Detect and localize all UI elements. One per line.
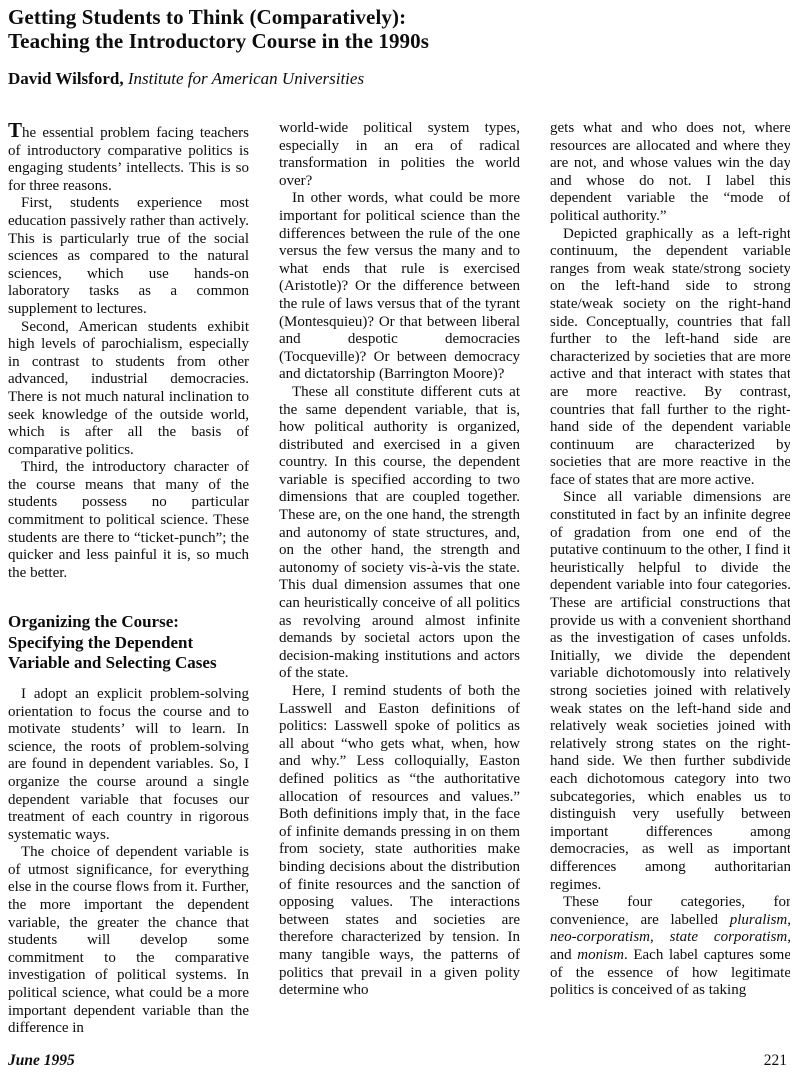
text-run: gets what and who does not, where resour… (550, 120, 790, 224)
author-name: David Wilsford, (8, 69, 124, 88)
article-title: Getting Students to Think (Comparatively… (8, 6, 790, 53)
paragraph: gets what and who does not, where resour… (550, 120, 790, 226)
text-run: , (650, 929, 670, 945)
italic-term: state corporatism (670, 929, 788, 945)
text-run: he essential problem facing teachers of … (8, 125, 249, 194)
paragraph: I adopt an explicit problem-solving orie… (8, 686, 249, 844)
issue-date: June 1995 (8, 1052, 75, 1070)
text-run: Depicted graphically as a left-right con… (550, 226, 790, 488)
italic-term: neo-corporatism (550, 929, 650, 945)
italic-term: monism (577, 947, 624, 963)
text-run: Third, the introductory character of the… (8, 459, 249, 581)
page-number: 221 (764, 1052, 787, 1070)
paragraph: The essential problem facing teachers of… (8, 120, 249, 195)
text-run: The choice of dependent variable is of u… (8, 844, 249, 1036)
article-body: The essential problem facing teachers of… (8, 120, 790, 1038)
text-run: Here, I remind students of both the Lass… (279, 683, 520, 998)
page-footer: June 1995 221 (8, 1052, 787, 1070)
column-2: world-wide political system types, espec… (279, 120, 520, 1038)
text-run: I adopt an explicit problem-solving orie… (8, 686, 249, 843)
paragraph: world-wide political system types, espec… (279, 120, 520, 190)
paragraph: Since all variable dimensions are consti… (550, 489, 790, 894)
paragraph: Third, the introductory character of the… (8, 459, 249, 582)
text-run: world-wide political system types, espec… (279, 120, 520, 189)
text-run: Second, American students exhibit high l… (8, 319, 249, 458)
text-run: In other words, what could be more impor… (279, 190, 520, 382)
paragraph: Second, American students exhibit high l… (8, 319, 249, 460)
italic-term: pluralism (730, 912, 788, 928)
text-run: First, students experience most educatio… (8, 195, 249, 317)
text-run: , (787, 912, 790, 928)
paragraph: The choice of dependent variable is of u… (8, 844, 249, 1038)
paragraph: These four categories, for convenience, … (550, 894, 790, 1000)
paragraph: In other words, what could be more impor… (279, 190, 520, 384)
drop-cap: T (8, 120, 22, 142)
paragraph: First, students experience most educatio… (8, 195, 249, 318)
section-heading: Organizing the Course: Specifying the De… (8, 612, 249, 674)
text-run: These all constitute different cuts at t… (279, 384, 520, 682)
author-affiliation: Institute for American Universities (128, 69, 364, 88)
journal-page: Getting Students to Think (Comparatively… (0, 0, 800, 1084)
paragraph: Here, I remind students of both the Lass… (279, 683, 520, 1000)
paragraph: These all constitute different cuts at t… (279, 384, 520, 683)
column-1: The essential problem facing teachers of… (8, 120, 249, 1038)
paragraph: Depicted graphically as a left-right con… (550, 226, 790, 490)
text-run: Since all variable dimensions are consti… (550, 489, 790, 892)
column-3: gets what and who does not, where resour… (550, 120, 790, 1038)
byline: David Wilsford, Institute for American U… (8, 69, 790, 89)
